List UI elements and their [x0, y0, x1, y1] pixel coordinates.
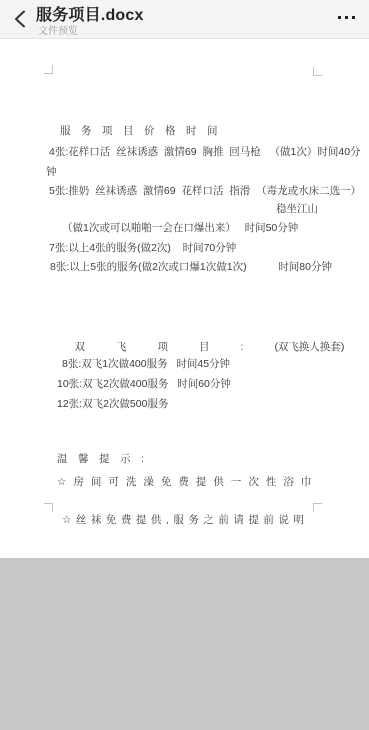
more-dots-icon: [352, 16, 355, 19]
doc-line: （做1次或可以啪啪一会在口爆出来） 时间50分钟: [62, 222, 298, 235]
doc-line: ☆丝袜免费提供,服务之前请提前说明: [62, 514, 308, 527]
doc-heading-text: 双飞项目:: [75, 341, 275, 353]
doc-line: 5张:推奶 丝袜诱惑 激情69 花样口活 指滑 （毒龙或水床二选一）: [49, 185, 361, 198]
doc-line: 8张:双飞1次做400服务 时间45分钟: [62, 358, 230, 371]
doc-line: 钟: [46, 166, 57, 179]
document-preview-page[interactable]: 服务项目价格时间 4张:花样口活 丝袜诱惑 激情69 胸推 回马枪 （做1次）时…: [0, 39, 369, 558]
doc-line: 7张:以上4张的服务(做2次) 时间70分钟: [49, 242, 236, 255]
preview-background: [0, 558, 369, 730]
chevron-left-icon: [14, 10, 26, 28]
doc-line: 12张:双飞2次做500服务: [57, 398, 168, 411]
more-menu-button[interactable]: [325, 6, 355, 28]
back-button[interactable]: [6, 5, 34, 33]
page-subtitle: 文件预览: [38, 22, 78, 37]
doc-line: 稳坐江山: [276, 203, 318, 216]
doc-line: 4张:花样口活 丝袜诱惑 激情69 胸推 回马枪 （做1次）时间40分: [49, 146, 361, 159]
page-margin-mark-top-left: [44, 65, 53, 74]
doc-heading-tail: (双飞换人换套): [274, 341, 344, 353]
page-margin-mark-bottom-right: [313, 503, 322, 512]
doc-line-left: 8张:以上5张的服务(做2次或口爆1次做1次): [50, 261, 247, 274]
app-bar: 服务项目.docx 文件预览: [0, 0, 369, 39]
page-margin-mark-top-right: [313, 67, 322, 76]
doc-heading-tips: 温馨提示:: [57, 453, 154, 466]
page-margin-mark-bottom-left: [44, 503, 53, 512]
doc-line-right: 时间80分钟: [278, 261, 332, 274]
doc-line: ☆房间可洗澡免费提供一次性浴巾: [57, 476, 318, 489]
more-dots-icon: [345, 16, 348, 19]
doc-heading-service-price-time: 服务项目价格时间: [60, 125, 228, 138]
doc-line: 10张:双飞2次做400服务 时间60分钟: [57, 378, 231, 391]
file-preview-screen: 服务项目.docx 文件预览 服务项目价格时间 4张:花样口活 丝袜诱惑 激情6…: [0, 0, 369, 730]
more-dots-icon: [338, 16, 341, 19]
doc-line: 8张:以上5张的服务(做2次或口爆1次做1次) 时间80分钟: [50, 261, 332, 274]
